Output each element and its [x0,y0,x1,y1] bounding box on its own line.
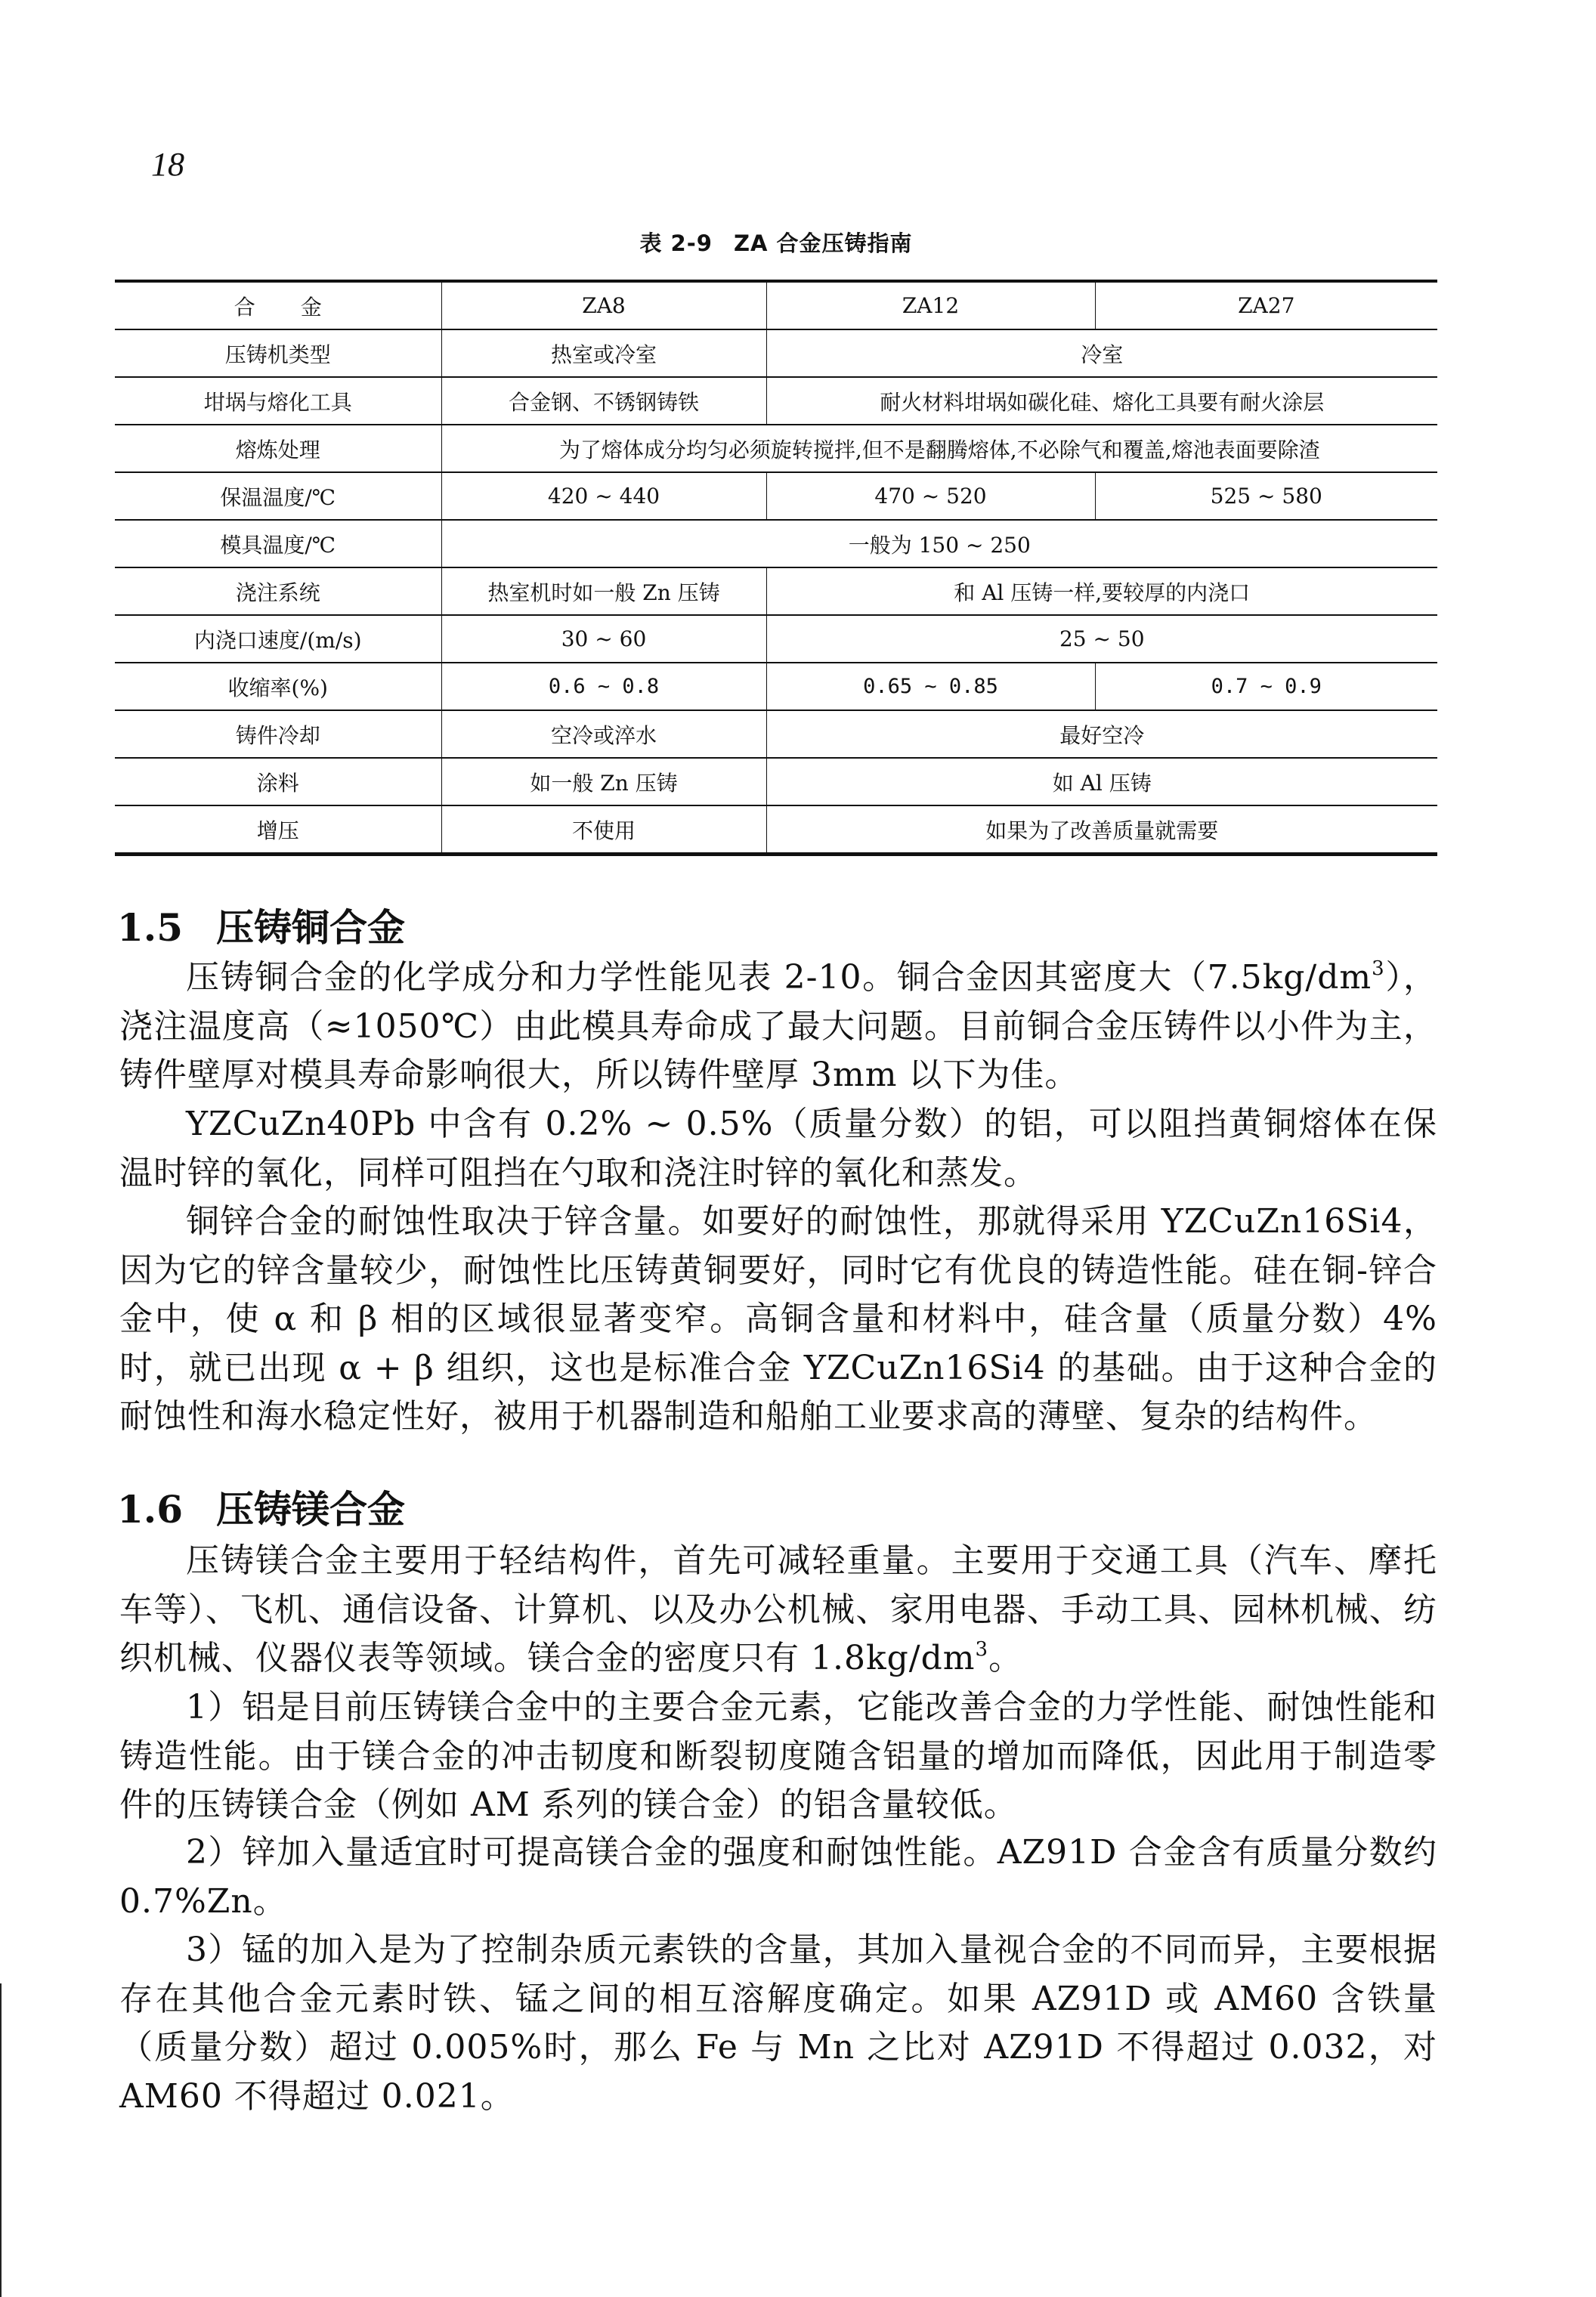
table-caption: 表 2-9ZA 合金压铸指南 [115,228,1437,258]
table-caption-title: ZA 合金压铸指南 [734,230,913,256]
row-label: 模具温度/℃ [115,520,441,567]
section-heading-1-5: 1.5压铸铜合金 [117,905,405,951]
paragraph: YZCuZn40Pb 中含有 0.2% ~ 0.5%（质量分数）的铝，可以阻挡黄… [119,1100,1437,1198]
row-label: 增压 [115,805,441,855]
table-cell: 0.65 ~ 0.85 [766,663,1095,710]
table-cell: 420 ~ 440 [441,472,766,520]
table-cell: 最好空冷 [766,710,1437,758]
table-cell: 470 ~ 520 [766,472,1095,520]
paragraph: 压铸铜合金的化学成分和力学性能见表 2-10。铜合金因其密度大（7.5kg/dm… [119,954,1437,1100]
table-cell: 如 Al 压铸 [766,758,1437,805]
paragraph: 铜锌合金的耐蚀性取决于锌含量。如要好的耐蚀性，那就得采用 YZCuZn16Si4… [119,1198,1437,1442]
row-label: 铸件冷却 [115,710,441,758]
table-row: 坩埚与熔化工具 合金钢、不锈钢铸铁 耐火材料坩埚如碳化硅、熔化工具要有耐火涂层 [115,377,1437,425]
table-cell: 冷室 [766,329,1437,377]
paragraph: 2）锌加入量适宜时可提高镁合金的强度和耐蚀性能。AZ91D 合金含有质量分数约 … [119,1829,1437,1926]
table-row: 内浇口速度/(m/s) 30 ~ 60 25 ~ 50 [115,615,1437,663]
table-cell: 为了熔体成分均匀必须旋转搅拌,但不是翻腾熔体,不必除气和覆盖,熔池表面要除渣 [441,425,1437,472]
row-label: 保温温度/℃ [115,472,441,520]
row-label: 坩埚与熔化工具 [115,377,441,425]
paragraph: 1）铝是目前压铸镁合金中的主要合金元素，它能改善合金的力学性能、耐蚀性能和铸造性… [119,1683,1437,1830]
table-cell: 一般为 150 ~ 250 [441,520,1437,567]
table-row: 铸件冷却 空冷或淬水 最好空冷 [115,710,1437,758]
header-cell-za8: ZA8 [441,281,766,329]
row-label: 熔炼处理 [115,425,441,472]
table-row: 熔炼处理 为了熔体成分均匀必须旋转搅拌,但不是翻腾熔体,不必除气和覆盖,熔池表面… [115,425,1437,472]
header-cell-za12: ZA12 [766,281,1095,329]
table-row: 压铸机类型 热室或冷室 冷室 [115,329,1437,377]
table-header-row: 合金 ZA8 ZA12 ZA27 [115,281,1437,329]
za-die-casting-guide-table: 合金 ZA8 ZA12 ZA27 压铸机类型 热室或冷室 冷室 坩埚与熔化工具 … [115,280,1437,856]
row-label: 压铸机类型 [115,329,441,377]
row-label: 内浇口速度/(m/s) [115,615,441,663]
table-cell: 空冷或淬水 [441,710,766,758]
table-cell: 热室机时如一般 Zn 压铸 [441,567,766,615]
table-cell: 耐火材料坩埚如碳化硅、熔化工具要有耐火涂层 [766,377,1437,425]
table-cell: 合金钢、不锈钢铸铁 [441,377,766,425]
paragraph: 3）锰的加入是为了控制杂质元素铁的含量，其加入量视合金的不同而异，主要根据存在其… [119,1926,1437,2121]
row-label: 收缩率(%) [115,663,441,710]
table-cell: 如果为了改善质量就需要 [766,805,1437,855]
row-label: 浇注系统 [115,567,441,615]
table-cell: 30 ~ 60 [441,615,766,663]
table-cell: 如一般 Zn 压铸 [441,758,766,805]
table-caption-number: 表 2-9 [639,230,713,256]
section-heading-1-6: 1.6压铸镁合金 [117,1487,405,1532]
table-cell: 和 Al 压铸一样,要较厚的内浇口 [766,567,1437,615]
row-label: 涂料 [115,758,441,805]
table-cell: 热室或冷室 [441,329,766,377]
header-cell-za27: ZA27 [1095,281,1437,329]
paragraph: 压铸镁合金主要用于轻结构件，首先可减轻重量。主要用于交通工具（汽车、摩托车等）、… [119,1537,1437,1683]
table-cell: 25 ~ 50 [766,615,1437,663]
table-cell: 0.7 ~ 0.9 [1095,663,1437,710]
table-cell: 0.6 ~ 0.8 [441,663,766,710]
table-row: 模具温度/℃ 一般为 150 ~ 250 [115,520,1437,567]
table-row: 收缩率(%) 0.6 ~ 0.8 0.65 ~ 0.85 0.7 ~ 0.9 [115,663,1437,710]
page-binding-edge [0,1983,2,2297]
table-row: 浇注系统 热室机时如一般 Zn 压铸 和 Al 压铸一样,要较厚的内浇口 [115,567,1437,615]
header-cell-alloy: 合金 [115,281,441,329]
table-row: 保温温度/℃ 420 ~ 440 470 ~ 520 525 ~ 580 [115,472,1437,520]
page-number: 18 [151,148,184,181]
table-cell: 525 ~ 580 [1095,472,1437,520]
table-cell: 不使用 [441,805,766,855]
table-row: 增压 不使用 如果为了改善质量就需要 [115,805,1437,855]
table-row: 涂料 如一般 Zn 压铸 如 Al 压铸 [115,758,1437,805]
